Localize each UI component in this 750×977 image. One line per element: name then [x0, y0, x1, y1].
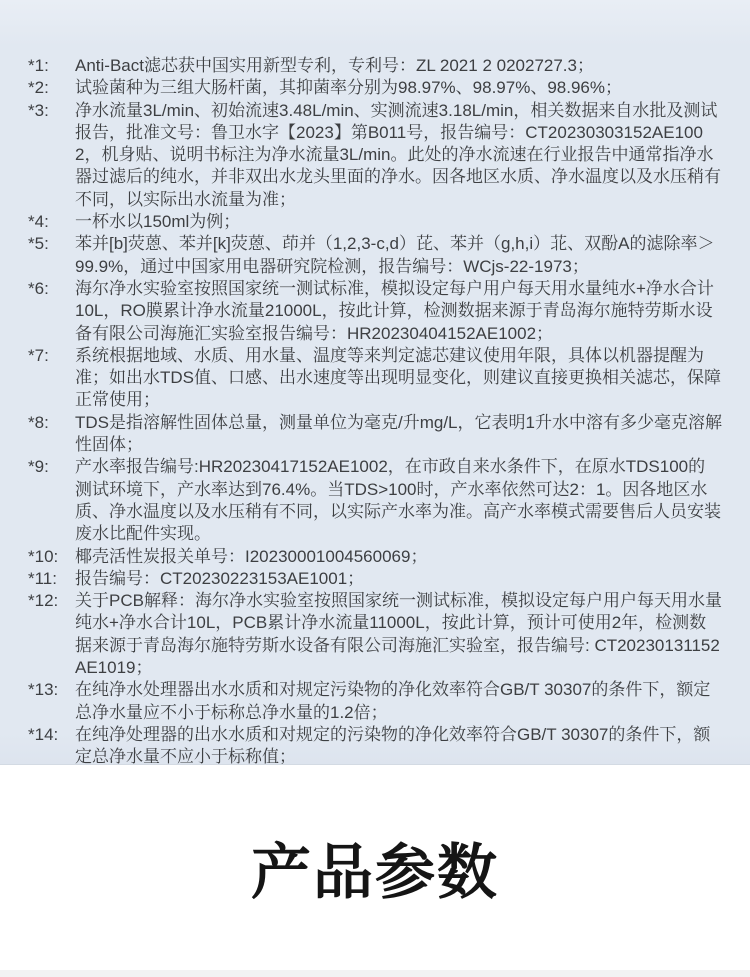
footnote-text: 系统根据地域、水质、用水量、温度等来判定滤芯建议使用年限，具体以机器提醒为准；如… [75, 345, 722, 412]
footnote-text: 净水流量3L/min、初始流速3.48L/min、实测流速3.18L/min，相… [75, 100, 722, 211]
footnote-marker: *14: [28, 724, 75, 746]
footnote-item: *9: 产水率报告编号:HR20230417152AE1002，在市政自来水条件… [28, 456, 722, 545]
footnote-item: *14: 在纯净处理器的出水水质和对规定的污染物的净化效率符合GB/T 3030… [28, 724, 722, 765]
footnote-item: *4: 一杯水以150ml为例； [28, 211, 722, 233]
footnote-item: *2: 试验菌种为三组大肠杆菌，其抑菌率分别为98.97%、98.97%、98.… [28, 77, 722, 99]
footnote-marker: *4: [28, 211, 75, 233]
footnote-marker: *1: [28, 55, 75, 77]
footnote-text: 海尔净水实验室按照国家统一测试标准，模拟设定每户用户每天用水量纯水+净水合计10… [75, 278, 722, 345]
footnote-item: *10: 椰壳活性炭报关单号：I20230001004560069； [28, 546, 722, 568]
footnote-marker: *13: [28, 679, 75, 701]
footnote-text: 关于PCB解释：海尔净水实验室按照国家统一测试标准，模拟设定每户用户每天用水量纯… [75, 590, 722, 679]
footnote-item: *1: Anti-Bact滤芯获中国实用新型专利，专利号：ZL 2021 2 0… [28, 55, 722, 77]
product-page: *1: Anti-Bact滤芯获中国实用新型专利，专利号：ZL 2021 2 0… [0, 0, 750, 977]
footnote-item: *7: 系统根据地域、水质、用水量、温度等来判定滤芯建议使用年限，具体以机器提醒… [28, 345, 722, 412]
footnote-item: *12: 关于PCB解释：海尔净水实验室按照国家统一测试标准，模拟设定每户用户每… [28, 590, 722, 679]
footnote-text: 苯并[b]荧蒽、苯并[k]荧蒽、茚并（1,2,3-c,d）芘、苯并（g,h,i）… [75, 233, 722, 278]
footnote-item: *3: 净水流量3L/min、初始流速3.48L/min、实测流速3.18L/m… [28, 100, 722, 211]
footnote-item: *8: TDS是指溶解性固体总量，测量单位为毫克/升mg/L，它表明1升水中溶有… [28, 412, 722, 457]
footnote-item: *5: 苯并[b]荧蒽、苯并[k]荧蒽、茚并（1,2,3-c,d）芘、苯并（g,… [28, 233, 722, 278]
footnote-text: 在纯净水处理器出水水质和对规定污染物的净化效率符合GB/T 30307的条件下，… [75, 679, 722, 724]
footnote-marker: *3: [28, 100, 75, 122]
product-params-section: 产品参数 [0, 765, 750, 970]
footnote-text: Anti-Bact滤芯获中国实用新型专利，专利号：ZL 2021 2 02027… [75, 55, 722, 77]
footnotes-list: *1: Anti-Bact滤芯获中国实用新型专利，专利号：ZL 2021 2 0… [28, 55, 722, 765]
footnote-item: *13: 在纯净水处理器出水水质和对规定污染物的净化效率符合GB/T 30307… [28, 679, 722, 724]
footnote-marker: *6: [28, 278, 75, 300]
footnote-text: 一杯水以150ml为例； [75, 211, 722, 233]
footnote-item: *11: 报告编号：CT20230223153AE1001； [28, 568, 722, 590]
footnote-marker: *5: [28, 233, 75, 255]
footnote-text: 产水率报告编号:HR20230417152AE1002，在市政自来水条件下，在原… [75, 456, 722, 545]
footnote-marker: *2: [28, 77, 75, 99]
footnote-text: 在纯净处理器的出水水质和对规定的污染物的净化效率符合GB/T 30307的条件下… [75, 724, 722, 765]
section-title: 产品参数 [251, 825, 499, 911]
footnote-text: 报告编号：CT20230223153AE1001； [75, 568, 722, 590]
footnotes-section: *1: Anti-Bact滤芯获中国实用新型专利，专利号：ZL 2021 2 0… [0, 0, 750, 765]
footnote-marker: *11: [28, 568, 75, 590]
bottom-strip [0, 970, 750, 977]
footnote-text: TDS是指溶解性固体总量，测量单位为毫克/升mg/L，它表明1升水中溶有多少毫克… [75, 412, 722, 457]
footnote-text: 试验菌种为三组大肠杆菌，其抑菌率分别为98.97%、98.97%、98.96%； [75, 77, 722, 99]
footnote-marker: *12: [28, 590, 75, 612]
footnote-marker: *8: [28, 412, 75, 434]
footnote-marker: *7: [28, 345, 75, 367]
footnote-marker: *9: [28, 456, 75, 478]
footnote-item: *6: 海尔净水实验室按照国家统一测试标准，模拟设定每户用户每天用水量纯水+净水… [28, 278, 722, 345]
footnote-marker: *10: [28, 546, 75, 568]
footnote-text: 椰壳活性炭报关单号：I20230001004560069； [75, 546, 722, 568]
